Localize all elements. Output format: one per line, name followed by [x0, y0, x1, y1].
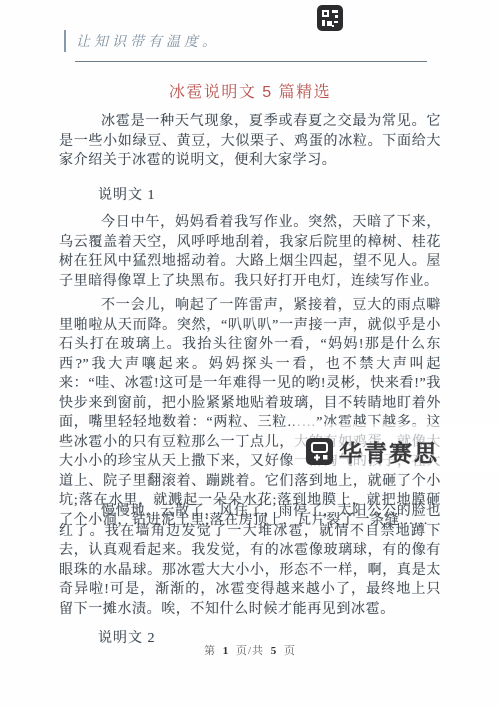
footer-total-pages: 5 [271, 645, 278, 657]
document-title: 冰雹说明文 5 篇精选 [0, 79, 500, 102]
header-divider [75, 61, 427, 62]
header-slogan: 让知识带有温度。 [76, 31, 220, 51]
paragraph-1: 今日中午，妈妈看着我写作业。突然，天暗了下来，乌云覆盖着天空，风呼呼地刮着，我家… [59, 213, 441, 291]
qr-code-icon [317, 5, 343, 31]
section-label-1: 说明文 1 [98, 184, 156, 204]
page-footer: 第 1 页/共 5 页 [0, 642, 500, 658]
watermark-logo-icon [306, 438, 333, 465]
paragraph-intro: 冰雹是一种天气现象，夏季或春夏之交最为常见。它是一些小如绿豆、黄豆，大似栗子、鸡… [59, 112, 441, 171]
watermark: 华青赛思 [306, 435, 439, 468]
paragraph-3: 慢慢地，云散了，风住了，雨停了，太阳公公的脸也红了。我在墙角边发觉了一大堆冰雹，… [59, 502, 441, 619]
footer-page-number: 1 [223, 645, 230, 657]
header-accent-bar [64, 30, 66, 52]
watermark-text: 华青赛思 [339, 435, 439, 468]
footer-prefix: 第 [204, 645, 216, 657]
paragraph-2: 不一会儿，响起了一阵雷声，紧接着，豆大的雨点噼里啪啦从天而降。突然，“叭叭叭”一… [59, 296, 441, 530]
footer-suffix: 页 [284, 645, 296, 657]
footer-middle: 页/共 [236, 645, 264, 657]
document-page: 让知识带有温度。 冰雹说明文 5 篇精选 冰雹是一种天气现象，夏季或春夏之交最为… [0, 0, 500, 707]
